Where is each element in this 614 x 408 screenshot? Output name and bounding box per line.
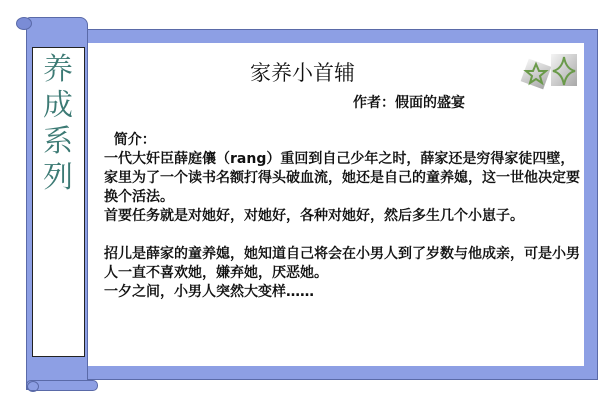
- scroll-curl-top: [16, 17, 32, 30]
- paragraph: 一夕之间，小男人突然大变样……: [104, 283, 584, 302]
- book-title: 家养小首辅: [250, 57, 355, 87]
- author-line: 作者：假面的盛宴: [353, 92, 465, 112]
- intro-label: 简介：: [104, 131, 584, 150]
- series-title: 养成系列: [36, 52, 80, 196]
- paragraph: 首要任务就是对她好，对她好，各种对她好，然后多生几个小崽子。: [104, 207, 584, 226]
- sparkle-stars-icon: [520, 52, 580, 92]
- scroll-curl-bottom: [27, 381, 39, 392]
- paragraph: 一代大奸臣薛庭儴（rang）重回到自己少年之时，薛家还是穷得家徒四壁，家里为了一…: [104, 150, 584, 207]
- paragraph: 招儿是薛家的童养媳，她知道自己将会在小男人到了岁数与他成亲，可是小男人一直不喜欢…: [104, 245, 584, 283]
- synopsis: 简介： 一代大奸臣薛庭儴（rang）重回到自己少年之时，薛家还是穷得家徒四壁，家…: [104, 131, 584, 302]
